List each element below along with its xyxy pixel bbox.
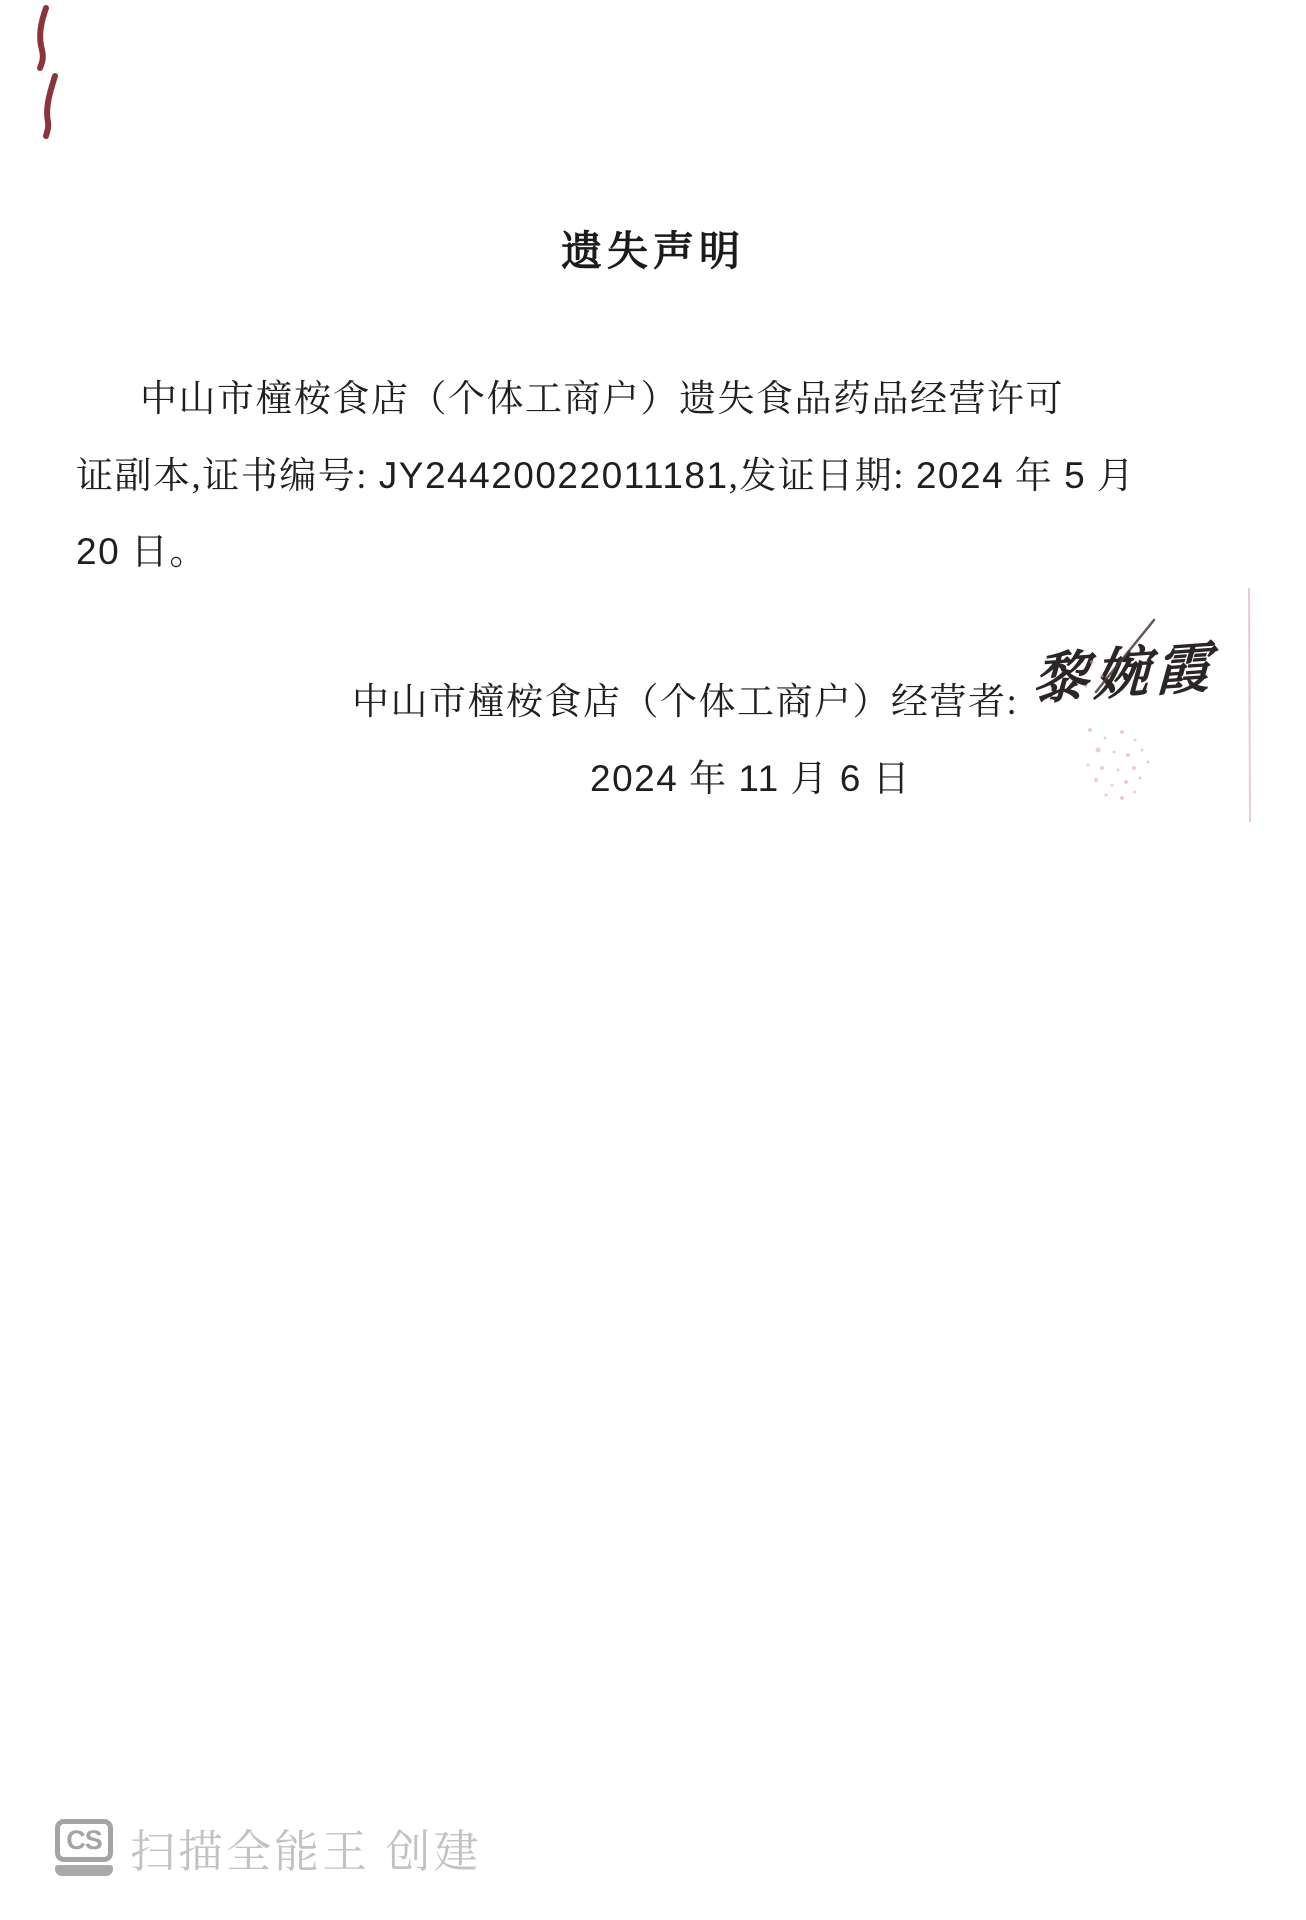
body-line-3: 20 日。 xyxy=(76,529,208,576)
document-date: 2024 年 11 月 6 日 xyxy=(590,756,911,803)
operator-signature-label: 中山市橦桉食店（个体工商户）经营者: xyxy=(352,680,1018,726)
handwritten-signature: 黎婉霞 xyxy=(1032,623,1217,715)
body-line-2: 证副本,证书编号: JY24420022011181,发证日期: 2024 年 … xyxy=(76,453,1135,500)
body-line-1: 中山市橦桉食店（个体工商户）遗失食品药品经营许可 xyxy=(140,377,1064,423)
pink-scan-line-artifact xyxy=(1249,588,1250,822)
camscanner-icon-bar xyxy=(55,1865,113,1876)
camscanner-watermark: CS 扫描全能王 创建 xyxy=(55,1815,482,1880)
scanned-document-page: 遗失声明 中山市橦桉食店（个体工商户）遗失食品药品经营许可 证副本,证书编号: … xyxy=(0,0,1306,1920)
camscanner-icon-text: CS xyxy=(66,1827,102,1854)
red-ink-marks xyxy=(0,0,120,150)
document-title: 遗失声明 xyxy=(0,218,1306,277)
camscanner-icon: CS xyxy=(55,1819,113,1876)
watermark-label: 扫描全能王 创建 xyxy=(130,1815,482,1880)
